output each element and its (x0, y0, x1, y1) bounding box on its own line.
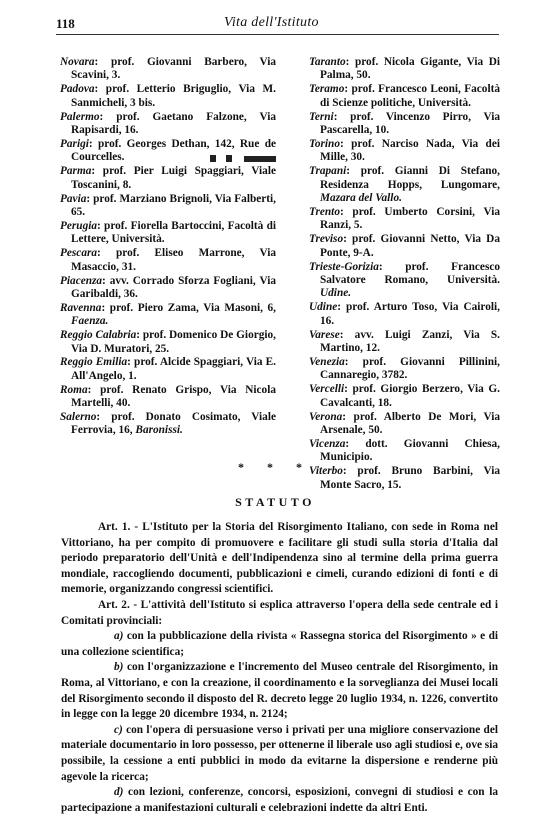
entry-locality: Mazara del Vallo. (320, 192, 402, 204)
committees-right-column: Taranto: prof. Nicola Gigante, Via Di Pa… (309, 56, 500, 493)
city-name: Terni (309, 111, 334, 123)
committee-entry: Taranto: prof. Nicola Gigante, Via Di Pa… (309, 56, 500, 83)
entry-text: : prof. Piero Zama, Via Masoni, 6, (101, 302, 276, 314)
entry-text: : prof. Vincenzo Pirro, Via Pascarella, … (320, 111, 500, 136)
city-name: Pescara (60, 247, 97, 259)
city-name: Trento (309, 206, 340, 218)
entry-text: : prof. Fiorella Bartoccini, Facoltà di … (71, 220, 276, 245)
entry-text: : prof. Nicola Gigante, Via Di Palma, 50… (320, 56, 500, 81)
committee-entry: Teramo: prof. Francesco Leoni, Facoltà d… (309, 83, 500, 110)
page-number: 118 (56, 16, 75, 32)
statute-clause-b: b) con l'organizzazione e l'incremento d… (61, 660, 498, 722)
entry-text: : prof. Eliseo Marrone, Via Masaccio, 31… (71, 247, 276, 272)
city-name: Venezia (309, 356, 345, 368)
clause-letter: c) (114, 724, 123, 736)
committee-entry: Padova: prof. Letterio Briguglio, Via M.… (60, 83, 276, 110)
city-name: Teramo (309, 83, 344, 95)
entry-text: : avv. Corrado Sforza Fogliani, Via Gari… (71, 275, 276, 300)
committee-entry: Venezia: prof. Giovanni Pillinini, Canna… (309, 356, 500, 383)
entry-locality: Udine. (320, 287, 351, 299)
statute-title: STATUTO (0, 495, 550, 510)
statute-article-2: Art. 2. - L'attività dell'Istituto si es… (61, 598, 498, 629)
committee-entry: Parma: prof. Pier Luigi Spaggiari, Viale… (60, 165, 276, 192)
entry-text: : prof. Giovanni Netto, Via Da Ponte, 9-… (320, 233, 500, 258)
city-name: Parma (60, 165, 91, 177)
committee-entry: Novara: prof. Giovanni Barbero, Via Scav… (60, 56, 276, 83)
clause-text: con l'opera di persuasione verso i priva… (61, 724, 498, 783)
entry-text: : prof. Letterio Briguglio, Via M. Sanmi… (71, 83, 276, 108)
clause-letter: a) (114, 630, 123, 642)
clause-text: con lezioni, conferenze, concorsi, espos… (61, 786, 498, 814)
city-name: Treviso (309, 233, 343, 245)
print-smudge (210, 155, 276, 163)
statute-clause-c: c) con l'opera di persuasione verso i pr… (61, 723, 498, 785)
entry-text: : prof. Francesco Leoni, Facoltà di Scie… (320, 83, 500, 108)
statute-article-1: Art. 1. - L'Istituto per la Storia del R… (61, 520, 498, 598)
city-name: Udine (309, 301, 337, 313)
entry-text: : prof. Gaetano Falzone, Via Rapisardi, … (71, 111, 276, 136)
city-name: Trapani (309, 165, 346, 177)
committee-entry: Trapani: prof. Gianni Di Stefano, Reside… (309, 165, 500, 205)
running-title: Vita dell'Istituto (224, 15, 319, 31)
committee-entry: Roma: prof. Renato Grispo, Via Nicola Ma… (60, 384, 276, 411)
city-name: Pavia (60, 193, 86, 205)
city-name: Varese (309, 329, 340, 341)
committee-entry: Piacenza: avv. Corrado Sforza Fogliani, … (60, 275, 276, 302)
city-name: Piacenza (60, 275, 102, 287)
entry-text: : avv. Luigi Zanzi, Via S. Martino, 12. (320, 329, 500, 354)
entry-locality: Faenza. (71, 315, 108, 327)
committee-entry: Palermo: prof. Gaetano Falzone, Via Rapi… (60, 111, 276, 138)
city-name: Palermo (60, 111, 100, 123)
city-name: Vicenza (309, 438, 345, 450)
committee-entry: Terni: prof. Vincenzo Pirro, Via Pascare… (309, 111, 500, 138)
city-name: Parigi (60, 138, 89, 150)
entry-text: : prof. Alberto De Mori, Via Arsenale, 5… (320, 411, 500, 436)
entry-text: : prof. Umberto Corsini, Via Ranzi, 5. (320, 206, 500, 231)
entry-text: : prof. Renato Grispo, Via Nicola Martel… (71, 384, 276, 409)
entry-locality: Baronissi. (135, 424, 182, 436)
committee-entry: Trento: prof. Umberto Corsini, Via Ranzi… (309, 206, 500, 233)
clause-text: con l'organizzazione e l'incremento del … (61, 661, 498, 720)
article-label: Art. 2. - (98, 599, 137, 611)
committee-entry: Pavia: prof. Marziano Brignoli, Via Falb… (60, 193, 276, 220)
committee-entry: Verona: prof. Alberto De Mori, Via Arsen… (309, 411, 500, 438)
entry-text: : prof. Gianni Di Stefano, Residenza Hop… (320, 165, 500, 190)
header-rule (56, 34, 499, 35)
city-name: Trieste-Gorizia (309, 261, 379, 273)
page-header: 118 Vita dell'Istituto (56, 14, 499, 34)
entry-text: : prof. Giorgio Berzero, Via G. Cavalcan… (320, 383, 500, 408)
statute-body: Art. 1. - L'Istituto per la Storia del R… (61, 520, 498, 816)
committees-left-column: Novara: prof. Giovanni Barbero, Via Scav… (60, 56, 276, 438)
entry-text: : prof. Giovanni Pillinini, Cannaregio, … (320, 356, 500, 381)
city-name: Ravenna (60, 302, 101, 314)
committee-entry: Salerno: prof. Donato Cosimato, Viale Fe… (60, 411, 276, 438)
entry-text: : prof. Marziano Brignoli, Via Falberti,… (71, 193, 276, 218)
section-separator: * * * (0, 460, 550, 475)
entry-text: : prof. Narciso Nada, Via dei Mille, 30. (320, 138, 500, 163)
committee-entry: Udine: prof. Arturo Toso, Via Cairoli, 1… (309, 301, 500, 328)
city-name: Reggio Emilia (60, 356, 127, 368)
committee-entry: Perugia: prof. Fiorella Bartoccini, Faco… (60, 220, 276, 247)
city-name: Vercelli (309, 383, 344, 395)
city-name: Perugia (60, 220, 97, 232)
article-label: Art. 1. - (98, 521, 138, 533)
city-name: Verona (309, 411, 342, 423)
city-name: Taranto (309, 56, 346, 68)
clause-letter: b) (114, 661, 123, 673)
committee-entry: Reggio Calabria: prof. Domenico De Giorg… (60, 329, 276, 356)
city-name: Reggio Calabria (60, 329, 136, 341)
clause-text: con la pubblicazione della rivista « Ras… (61, 630, 498, 658)
committee-entry: Vercelli: prof. Giorgio Berzero, Via G. … (309, 383, 500, 410)
city-name: Torino (309, 138, 340, 150)
statute-clause-d: d) con lezioni, conferenze, concorsi, es… (61, 785, 498, 816)
city-name: Novara (60, 56, 95, 68)
committee-entry: Torino: prof. Narciso Nada, Via dei Mill… (309, 138, 500, 165)
committee-entry: Pescara: prof. Eliseo Marrone, Via Masac… (60, 247, 276, 274)
statute-clause-a: a) con la pubblicazione della rivista « … (61, 629, 498, 660)
clause-letter: d) (114, 786, 123, 798)
entry-text: : prof. Giovanni Barbero, Via Scavini, 3… (71, 56, 276, 81)
committee-entry: Trieste-Gorizia: prof. Francesco Salvato… (309, 261, 500, 301)
committee-entry: Varese: avv. Luigi Zanzi, Via S. Martino… (309, 329, 500, 356)
committee-entry: Treviso: prof. Giovanni Netto, Via Da Po… (309, 233, 500, 260)
entry-text: : prof. Arturo Toso, Via Cairoli, 16. (320, 301, 500, 326)
committee-entry: Reggio Emilia: prof. Alcide Spaggiari, V… (60, 356, 276, 383)
city-name: Salerno (60, 411, 96, 423)
city-name: Roma (60, 384, 88, 396)
committee-entry: Ravenna: prof. Piero Zama, Via Masoni, 6… (60, 302, 276, 329)
city-name: Padova (60, 83, 95, 95)
entry-text: : prof. Pier Luigi Spaggiari, Viale Tosc… (71, 165, 276, 190)
